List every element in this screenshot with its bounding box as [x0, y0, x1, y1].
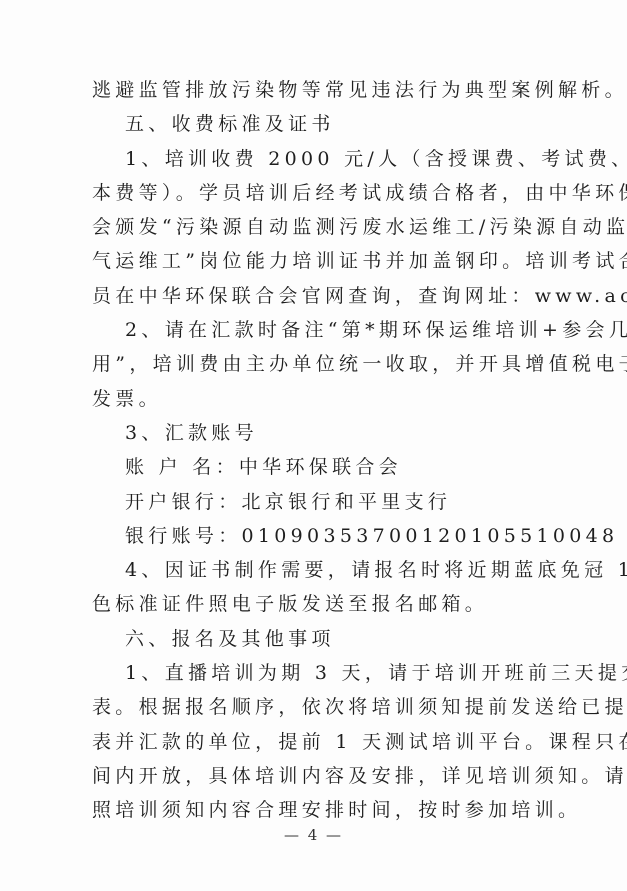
text-line-remittance-note-3: 发票。: [92, 382, 538, 416]
text-line-registration-2: 表。根据报名顺序，依次将培训须知提前发送给已提交报名: [92, 690, 538, 724]
bank-name: 开户银行：北京银行和平里支行: [92, 485, 538, 519]
text-line-website: 员在中华环保联合会官网查询，查询网址：www.acef.com.cn: [92, 279, 538, 313]
text-line-registration-3: 表并汇款的单位，提前 1 天测试培训平台。课程只在规定时: [92, 725, 538, 759]
section-heading-fees-certificates: 五、收费标准及证书: [92, 107, 538, 141]
text-line-remittance-note-2: 用”，培训费由主办单位统一收取，并开具增值税电子普通: [92, 347, 538, 381]
page-number: — 4 —: [0, 826, 627, 844]
text-line-remittance-note-1: 2、请在汇款时备注“第*期环保运维培训+参会几人费: [92, 313, 538, 347]
text-line-photo-1: 4、因证书制作需要，请报名时将近期蓝底免冠 1 寸彩: [92, 553, 538, 587]
text-line-fee-4: 气运维工”岗位能力培训证书并加盖钢印。培训考试合格学: [92, 244, 538, 278]
document-page: 逃避监管排放污染物等常见违法行为典型案例解析。 五、收费标准及证书 1、培训收费…: [92, 73, 538, 828]
text-line-case-analysis: 逃避监管排放污染物等常见违法行为典型案例解析。: [92, 73, 538, 107]
text-line-registration-5: 照培训须知内容合理安排时间，按时参加培训。: [92, 793, 538, 827]
text-line-registration-1: 1、直播培训为期 3 天，请于培训开班前三天提交报名: [92, 656, 538, 690]
text-line-fee-1: 1、培训收费 2000 元/人（含授课费、考试费、证书工: [92, 142, 538, 176]
bank-account-number: 银行账号：01090353700120105510048: [92, 519, 538, 553]
text-line-fee-2: 本费等）。学员培训后经考试成绩合格者，由中华环保联合: [92, 176, 538, 210]
subheading-bank-account: 3、汇款账号: [92, 416, 538, 450]
text-line-photo-2: 色标准证件照电子版发送至报名邮箱。: [92, 587, 538, 621]
text-line-registration-4: 间内开放，具体培训内容及安排，详见培训须知。请学员参: [92, 759, 538, 793]
text-line-fee-3: 会颁发“污染源自动监测污废水运维工/污染源自动监测废: [92, 210, 538, 244]
section-heading-registration: 六、报名及其他事项: [92, 622, 538, 656]
account-name: 账 户 名：中华环保联合会: [92, 450, 538, 484]
